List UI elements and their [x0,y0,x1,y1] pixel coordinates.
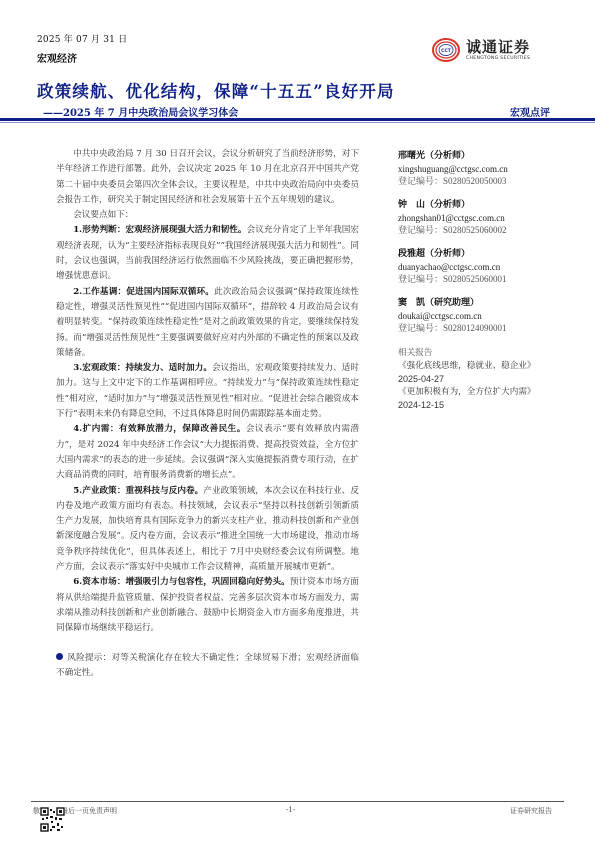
cct-logo-icon: CCT [432,38,460,62]
main-content: 中共中央政治局 7 月 30 日召开会议，会议分析研究了当前经济形势，对下半年经… [56,147,359,681]
analyst-card: 段雅超（分析师） duanyachao@cctgsc.com.cn 登记编号：S… [398,248,583,285]
point-heading: 6.资本市场：增强吸引力与包容性，巩固回稳向好势头。 [73,577,290,587]
point-4: 4.扩内需：有效释放潜力，保障改善民生。会议表示“要有效释放内需潜力”，是对 2… [56,422,359,483]
point-5: 5.产业政策：重视科技与反内卷。产业政策领域，本次会议在科技行业、反内卷及地产政… [56,484,359,576]
point-2: 2.工作基调：促进国内国际双循环。此次政治局会议强调“保持政策连续性稳定性，增强… [56,285,359,361]
analyst-card: 邢曙光（分析师） xingshuguang@cctgsc.com.cn 登记编号… [398,150,583,187]
related-report-date: 2024-12-15 [398,399,583,412]
analyst-card: 窦 凯（研究助理） doukai@cctgsc.com.cn 登记编号：S028… [398,297,583,334]
analyst-card: 钟 山（分析师） zhongshan01@cctgsc.com.cn 登记编号：… [398,199,583,236]
intro-paragraph: 中共中央政治局 7 月 30 日召开会议，会议分析研究了当前经济形势，对下半年经… [56,147,359,208]
analyst-email[interactable]: xingshuguang@cctgsc.com.cn [398,163,583,175]
risk-text: 风险提示：对等关税演化存在较大不确定性；全球贸易下滑；宏观经济面临不确定性。 [56,653,359,678]
footer-label: 证券研究报告 [510,806,552,816]
related-report-link[interactable]: 《更加积极有为，全方位扩大内需》 [398,386,583,399]
footer-divider [31,801,564,802]
report-date: 2025 年 07 月 31 日 [37,32,127,45]
risk-warning: 风险提示：对等关税演化存在较大不确定性；全球贸易下滑；宏观经济面临不确定性。 [56,651,359,682]
analyst-registration: 登记编号：S0280525060002 [398,224,583,236]
analyst-registration: 登记编号：S0280520050003 [398,175,583,187]
analyst-email[interactable]: doukai@cctgsc.com.cn [398,310,583,322]
points-intro: 会议要点如下： [56,208,359,223]
svg-text:CCT: CCT [441,48,452,54]
qr-code-icon [40,807,65,832]
related-report-date: 2025-04-27 [398,373,583,386]
report-title: 政策续航、优化结构，保障“十五五”良好开局 [37,78,395,102]
point-heading: 5.产业政策：重视科技与反内卷。 [73,486,203,496]
page-number: -1- [286,806,295,814]
report-type: 宏观点评 [510,104,550,119]
analyst-email[interactable]: zhongshan01@cctgsc.com.cn [398,212,583,224]
point-1: 1.形势判断：宏观经济展现强大活力和韧性。会议充分肯定了上半年我国宏观经济表现，… [56,223,359,284]
analyst-name: 窦 凯（研究助理） [398,297,583,310]
point-heading: 2.工作基调：促进国内国际双循环。 [73,287,214,297]
header-divider-thin [0,122,595,123]
report-category: 宏观经济 [37,50,77,65]
sidebar: 邢曙光（分析师） xingshuguang@cctgsc.com.cn 登记编号… [398,150,583,412]
point-heading: 4.扩内需：有效释放潜力，保障改善民生。 [73,424,246,434]
point-3: 3.宏观政策：持续发力、适时加力。会议指出，宏观政策要持续发力、适时加力。这与上… [56,361,359,422]
point-6: 6.资本市场：增强吸引力与包容性，巩固回稳向好势头。预计资本市场方面将从供给端提… [56,575,359,636]
logo-name-cn: 诚通证券 [466,39,530,56]
point-text: 产业政策领域，本次会议在科技行业、反内卷及地产政策方面均有表态。科技领域，会议表… [56,486,359,572]
analyst-email[interactable]: duanyachao@cctgsc.com.cn [398,261,583,273]
point-heading: 1.形势判断：宏观经济展现强大活力和韧性。 [73,225,246,235]
header-divider [0,118,595,121]
analyst-registration: 登记编号：S0280124090001 [398,322,583,334]
related-reports-title: 相关报告 [398,346,583,360]
logo-name-en: CHENGTONG SECURITIES [466,56,530,61]
report-subtitle: ——2025 年 7 月中央政治局会议学习体会 [43,104,238,119]
related-report-link[interactable]: 《强化底线思维，稳就业、稳企业》 [398,360,583,373]
point-heading: 3.宏观政策：持续发力、适时加力。 [73,363,212,373]
analyst-name: 邢曙光（分析师） [398,150,583,163]
analyst-name: 钟 山（分析师） [398,199,583,212]
analyst-registration: 登记编号：S0280525060001 [398,273,583,285]
bullet-icon [56,653,63,660]
point-text: 此次政治局会议强调“保持政策连续性稳定性，增强灵活性预见性”“促进国内国际双循环… [56,287,359,358]
company-logo: CCT 诚通证券 CHENGTONG SECURITIES [432,33,567,67]
analyst-name: 段雅超（分析师） [398,248,583,261]
